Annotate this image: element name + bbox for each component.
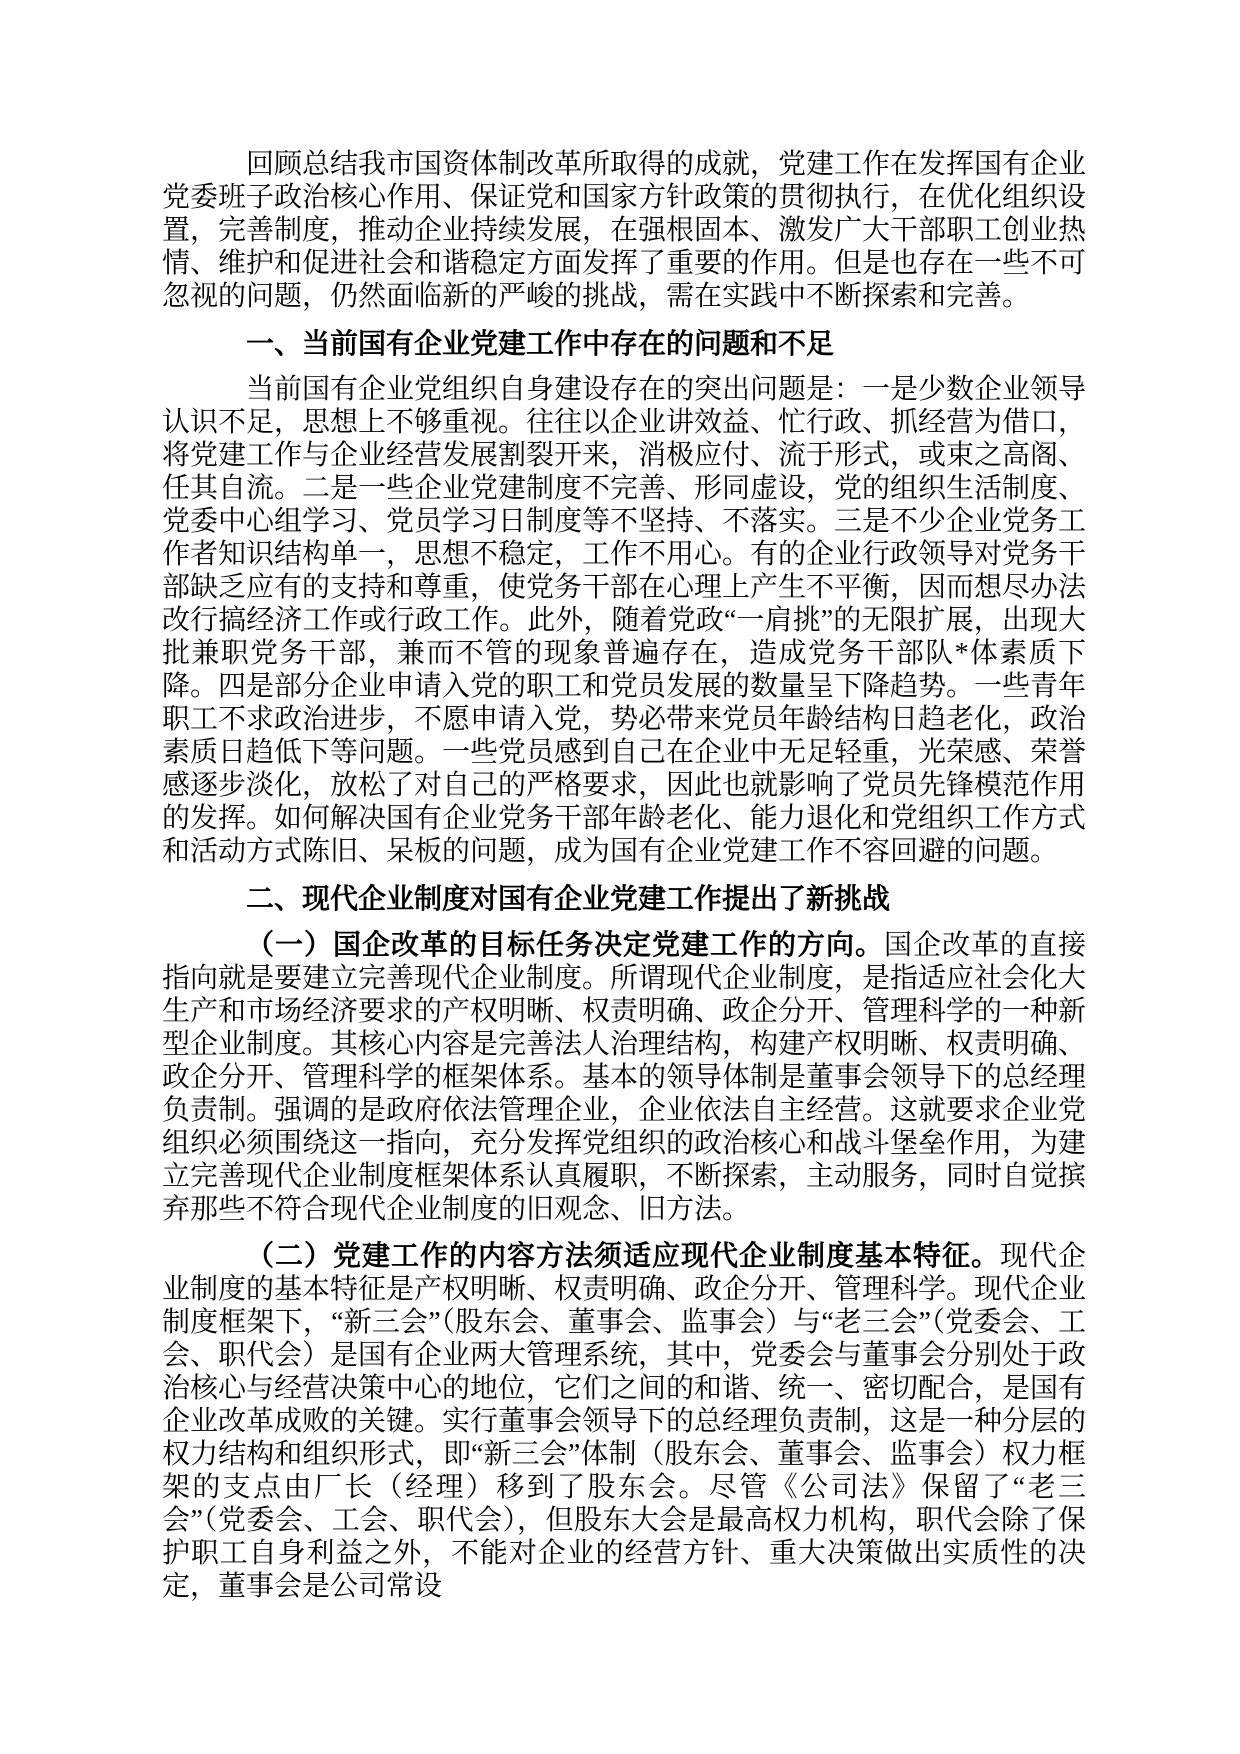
paragraph-sub-2: （二）党建工作的内容方法须适应现代企业制度基本特征。现代企业制度的基本特征是产权… xyxy=(162,1239,1086,1603)
paragraph-intro: 回顾总结我市国资体制改革所取得的成就，党建工作在发挥国有企业党委班子政治核心作用… xyxy=(162,148,1086,313)
paragraph-sub-1-lead: （一）国企改革的目标任务决定党建工作的方向。 xyxy=(246,929,884,960)
paragraph-sub-1-text: 国企改革的直接指向就是要建立完善现代企业制度。所谓现代企业制度，是指适应社会化大… xyxy=(162,930,1086,1225)
paragraph-problems: 当前国有企业党组织自身建设存在的突出问题是：一是少数企业领导认识不足，思想上不够… xyxy=(162,373,1086,868)
section-heading-2: 二、现代企业制度对国有企业党建工作提出了新挑战 xyxy=(162,882,1086,915)
document-page: 回顾总结我市国资体制改革所取得的成就，党建工作在发挥国有企业党委班子政治核心作用… xyxy=(0,0,1240,1754)
paragraph-sub-1: （一）国企改革的目标任务决定党建工作的方向。国企改革的直接指向就是要建立完善现代… xyxy=(162,928,1086,1226)
paragraph-sub-2-lead: （二）党建工作的内容方法须适应现代企业制度基本特征。 xyxy=(246,1240,1000,1271)
section-heading-1: 一、当前国有企业党建工作中存在的问题和不足 xyxy=(162,327,1086,360)
paragraph-sub-2-text: 现代企业制度的基本特征是产权明晰、权责明确、政企分开、管理科学。现代企业制度框架… xyxy=(162,1241,1086,1602)
